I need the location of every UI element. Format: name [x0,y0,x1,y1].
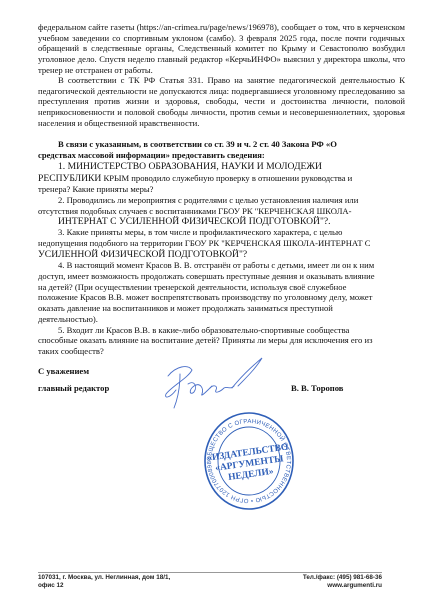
request-heading-text: В связи с указанным, в соответствии со с… [38,139,368,160]
question-2-rest: ИНТЕРНАТ С УСИЛЕННОЙ ФИЗИЧЕСКОЙ ПОДГОТОВ… [38,217,383,228]
footer-contacts: Тел./факс: (495) 981-68-36 www.argumenti… [272,574,382,590]
footer-phone: Тел./факс: (495) 981-68-36 [272,574,382,582]
request-heading: В связи с указанным, в соответствии со с… [38,139,368,160]
letter-page: федеральном сайте газеты (https://an-cri… [0,0,424,600]
footer-address-line-1: 107031, г. Москва, ул. Неглинная, дом 18… [38,574,170,582]
question-3: 3. Какие приняты меры, в том числе и про… [38,227,383,260]
company-stamp: ОБЩЕСТВО С ОГРАНИЧЕННОЙ ОТВЕТСТВЕННОСТЬЮ… [203,408,295,519]
signer-title: главный редактор [38,383,109,393]
footer-divider [38,572,382,573]
questions-list: 1. МИНИСТЕРСТВО ОБРАЗОВАНИЯ, НАУКИ И МОЛ… [38,161,383,357]
intro-paragraph: федеральном сайте газеты (https://an-cri… [38,22,405,76]
footer-address: 107031, г. Москва, ул. Неглинная, дом 18… [38,574,170,590]
question-2: 2. Проводились ли мероприятия с родителя… [38,195,383,227]
question-1: 1. МИНИСТЕРСТВО ОБРАЗОВАНИЯ, НАУКИ И МОЛ… [38,161,383,195]
question-4-lead: 4. В настоящий момент Красов В. В. отстр… [38,260,375,324]
question-5-lead: 5. Входит ли Красов В.В. в какие-либо об… [38,325,372,356]
question-4: 4. В настоящий момент Красов В. В. отстр… [38,260,383,324]
law-paragraph: В соответствии с ТК РФ Статья 331. Право… [38,75,405,129]
question-3-lead: 3. Какие приняты меры, в том числе и про… [38,227,371,248]
question-3-rest: УСИЛЕННОЙ ФИЗИЧЕСКОЙ ПОДГОТОВКОЙ"? [38,249,247,260]
law-text: В соответствии с ТК РФ Статья 331. Право… [38,75,405,129]
intro-text: федеральном сайте газеты (https://an-cri… [38,22,405,76]
closing: С уважением [38,366,89,376]
question-5: 5. Входит ли Красов В.В. в какие-либо об… [38,325,383,357]
signer-name: В. В. Торопов [291,383,343,393]
footer-website-link[interactable]: www.argumenti.ru [272,582,382,590]
footer-address-line-2: офис 12 [38,582,170,590]
question-2-lead: 2. Проводились ли мероприятия с родителя… [38,195,358,216]
